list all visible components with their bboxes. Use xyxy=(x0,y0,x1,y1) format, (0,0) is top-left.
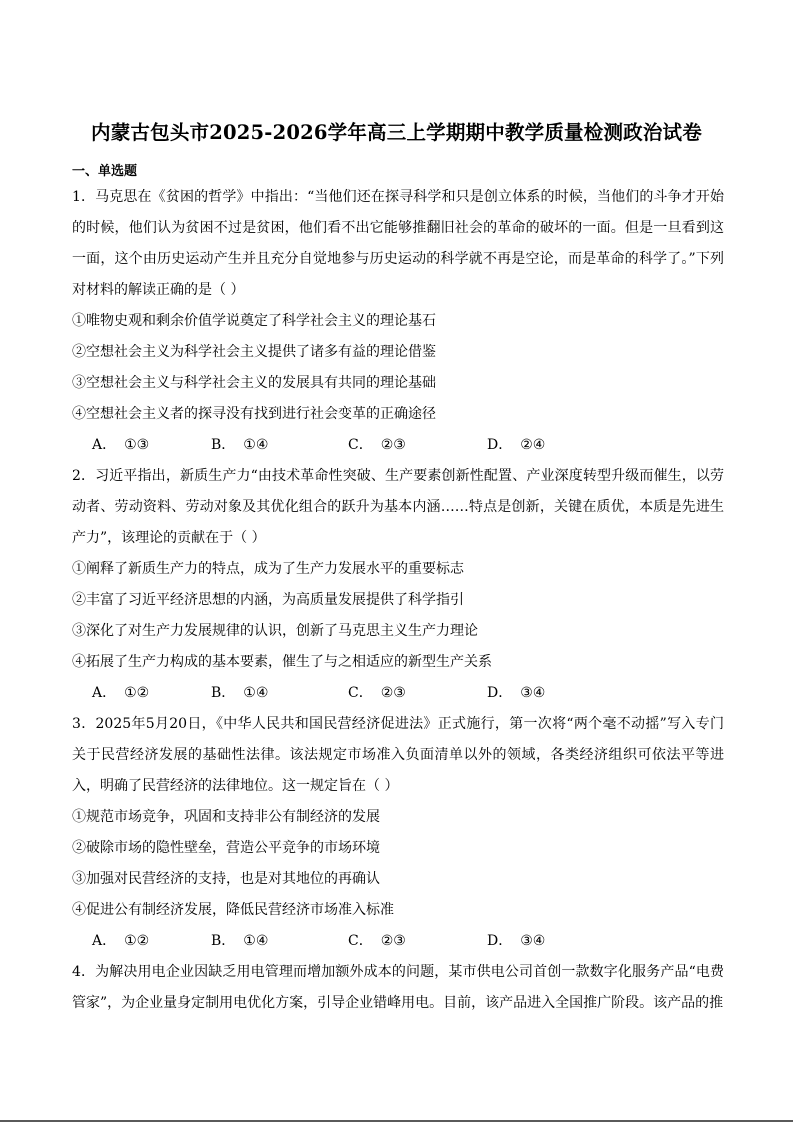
option-letter: D． xyxy=(487,685,512,701)
option-c: C．②③ xyxy=(348,430,406,461)
option-letter: C． xyxy=(348,437,373,453)
option-value: ①② xyxy=(124,933,149,949)
questions-container: 1．马克思在《贫困的哲学》中指出：“当他们还在探寻科学和只是创立体系的时候，当他… xyxy=(72,182,724,1019)
option-letter: D． xyxy=(487,933,512,949)
option-b: B．①④ xyxy=(211,926,268,957)
question-number: 1． xyxy=(72,189,95,205)
question-stem: 4．为解决用电企业因缺乏用电管理而增加额外成本的问题，某市供电公司首创一款数字化… xyxy=(72,957,724,1019)
option-letter: B． xyxy=(211,685,235,701)
option-value: ③④ xyxy=(520,685,545,701)
question-2: 2．习近平指出，新质生产力“由技术革命性突破、生产要素创新性配置、产业深度转型升… xyxy=(72,461,724,709)
option-c: C．②③ xyxy=(348,926,406,957)
option-letter: B． xyxy=(211,933,235,949)
statement-1: ①阐释了新质生产力的特点，成为了生产力发展水平的重要标志 xyxy=(72,554,724,585)
option-value: ①③ xyxy=(124,437,149,453)
question-text: 2025年5月20日，《中华人民共和国民营经济促进法》正式施行，第一次将“两个毫… xyxy=(72,716,724,794)
option-d: D．②④ xyxy=(487,430,545,461)
option-a: A．①③ xyxy=(92,430,149,461)
option-letter: A． xyxy=(92,685,116,701)
option-letter: A． xyxy=(92,933,116,949)
option-value: ①④ xyxy=(243,437,268,453)
option-value: ①④ xyxy=(243,685,268,701)
exam-page: 内蒙古包头市2025-2026学年高三上学期期中教学质量检测政治试卷 一、单选题… xyxy=(0,0,793,1120)
option-letter: C． xyxy=(348,933,373,949)
statement-3: ③深化了对生产力发展规律的认识，创新了马克思主义生产力理论 xyxy=(72,616,724,647)
question-number: 2． xyxy=(72,468,95,484)
statement-1: ①唯物史观和剩余价值学说奠定了科学社会主义的理论基石 xyxy=(72,306,724,337)
question-stem: 3．2025年5月20日，《中华人民共和国民营经济促进法》正式施行，第一次将“两… xyxy=(72,709,724,802)
question-4: 4．为解决用电企业因缺乏用电管理而增加额外成本的问题，某市供电公司首创一款数字化… xyxy=(72,957,724,1019)
option-a: A．①② xyxy=(92,678,149,709)
option-value: ②③ xyxy=(381,685,406,701)
option-d: D．③④ xyxy=(487,678,545,709)
option-letter: A． xyxy=(92,437,116,453)
option-a: A．①② xyxy=(92,926,149,957)
option-letter: B． xyxy=(211,437,235,453)
question-number: 4． xyxy=(72,964,95,980)
option-value: ②③ xyxy=(381,933,406,949)
answer-options: A．①③ B．①④ C．②③ D．②④ xyxy=(72,430,724,461)
section-heading-single-choice: 一、单选题 xyxy=(72,160,137,179)
statement-1: ①规范市场竞争，巩固和支持非公有制经济的发展 xyxy=(72,802,724,833)
option-b: B．①④ xyxy=(211,430,268,461)
option-value: ①④ xyxy=(243,933,268,949)
option-b: B．①④ xyxy=(211,678,268,709)
question-1: 1．马克思在《贫困的哲学》中指出：“当他们还在探寻科学和只是创立体系的时候，当他… xyxy=(72,182,724,461)
question-text: 习近平指出，新质生产力“由技术革命性突破、生产要素创新性配置、产业深度转型升级而… xyxy=(72,468,724,546)
question-3: 3．2025年5月20日，《中华人民共和国民营经济促进法》正式施行，第一次将“两… xyxy=(72,709,724,957)
question-stem: 2．习近平指出，新质生产力“由技术革命性突破、生产要素创新性配置、产业深度转型升… xyxy=(72,461,724,554)
question-text: 为解决用电企业因缺乏用电管理而增加额外成本的问题，某市供电公司首创一款数字化服务… xyxy=(72,964,724,1011)
option-letter: D． xyxy=(487,437,512,453)
option-value: ①② xyxy=(124,685,149,701)
statement-4: ④空想社会主义者的探寻没有找到进行社会变革的正确途径 xyxy=(72,399,724,430)
statement-2: ②破除市场的隐性壁垒，营造公平竞争的市场环境 xyxy=(72,833,724,864)
option-letter: C． xyxy=(348,685,373,701)
option-d: D．③④ xyxy=(487,926,545,957)
question-stem: 1．马克思在《贫困的哲学》中指出：“当他们还在探寻科学和只是创立体系的时候，当他… xyxy=(72,182,724,306)
option-value: ②④ xyxy=(520,437,545,453)
question-text: 马克思在《贫困的哲学》中指出：“当他们还在探寻科学和只是创立体系的时候，当他们的… xyxy=(72,189,724,298)
statement-3: ③空想社会主义与科学社会主义的发展具有共同的理论基础 xyxy=(72,368,724,399)
statement-3: ③加强对民营经济的支持，也是对其地位的再确认 xyxy=(72,864,724,895)
option-c: C．②③ xyxy=(348,678,406,709)
statement-4: ④促进公有制经济发展，降低民营经济市场准入标准 xyxy=(72,895,724,926)
statement-2: ②空想社会主义为科学社会主义提供了诸多有益的理论借鉴 xyxy=(72,337,724,368)
option-value: ③④ xyxy=(520,933,545,949)
document-title: 内蒙古包头市2025-2026学年高三上学期期中教学质量检测政治试卷 xyxy=(0,117,793,145)
option-value: ②③ xyxy=(381,437,406,453)
statement-2: ②丰富了习近平经济思想的内涵，为高质量发展提供了科学指引 xyxy=(72,585,724,616)
answer-options: A．①② B．①④ C．②③ D．③④ xyxy=(72,678,724,709)
question-number: 3． xyxy=(72,716,96,732)
answer-options: A．①② B．①④ C．②③ D．③④ xyxy=(72,926,724,957)
statement-4: ④拓展了生产力构成的基本要素，催生了与之相适应的新型生产关系 xyxy=(72,647,724,678)
